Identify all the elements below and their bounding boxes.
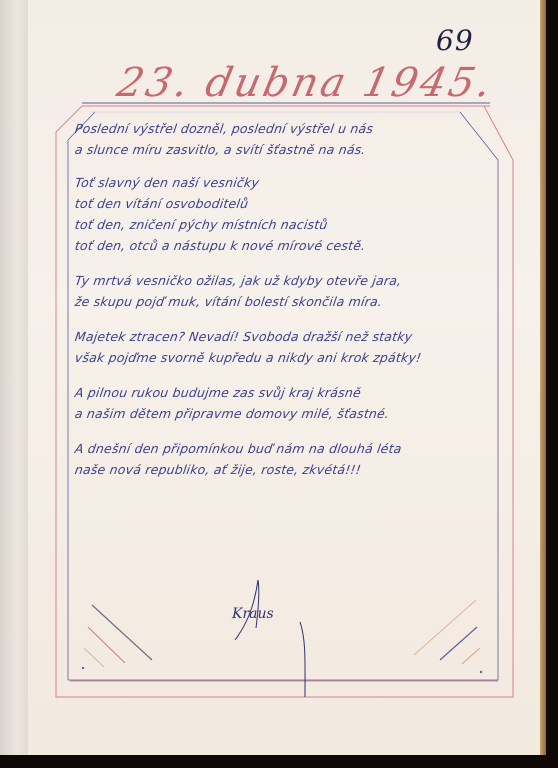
poem-line: A pilnou rukou budujme zas svůj kraj krá… <box>74 382 507 403</box>
poem-line: a našim dětem připravme domovy milé, šťa… <box>74 403 507 424</box>
poem-text: Poslední výstřel dozněl, poslední výstře… <box>75 118 505 480</box>
poem-line: naše nová republiko, ať žije, roste, zkv… <box>74 459 507 480</box>
stanza-2: Toť slavný den naší vesničky toť den vít… <box>75 172 505 256</box>
poem-line: že skupu pojď muk, vítání bolestí skonči… <box>74 291 507 312</box>
poem-line: Poslední výstřel dozněl, poslední výstře… <box>74 118 507 139</box>
stanza-1: Poslední výstřel dozněl, poslední výstře… <box>75 118 505 160</box>
poem-line: toť den vítání osvoboditelů <box>74 193 507 214</box>
poem-line: Majetek ztracen? Nevadí! Svoboda dražší … <box>74 326 507 347</box>
poem-line: však pojďme svorně kupředu a nikdy ani k… <box>74 347 507 368</box>
poem-line: toť den, zničení pýchy místních nacistů <box>74 214 507 235</box>
stanza-5: A pilnou rukou budujme zas svůj kraj krá… <box>75 382 505 424</box>
poem-line: toť den, otců a nástupu k nové mírové ce… <box>74 235 507 256</box>
poem-line: Ty mrtvá vesničko ožilas, jak už kdyby o… <box>74 270 507 291</box>
poem-line: Toť slavný den naší vesničky <box>74 172 507 193</box>
date-heading: 23. dubna 1945. <box>113 60 498 106</box>
page-number: 69 <box>436 24 474 57</box>
stanza-4: Majetek ztracen? Nevadí! Svoboda dražší … <box>75 326 505 368</box>
stanza-3: Ty mrtvá vesničko ožilas, jak už kdyby o… <box>75 270 505 312</box>
signature: Kraus <box>232 606 274 622</box>
poem-line: A dnešní den připomínkou buď nám na dlou… <box>74 438 507 459</box>
page-edge <box>540 0 546 755</box>
book-gutter <box>0 0 29 755</box>
stanza-6: A dnešní den připomínkou buď nám na dlou… <box>75 438 505 480</box>
poem-line: a slunce míru zasvitlo, a svítí šťastně … <box>74 139 507 160</box>
